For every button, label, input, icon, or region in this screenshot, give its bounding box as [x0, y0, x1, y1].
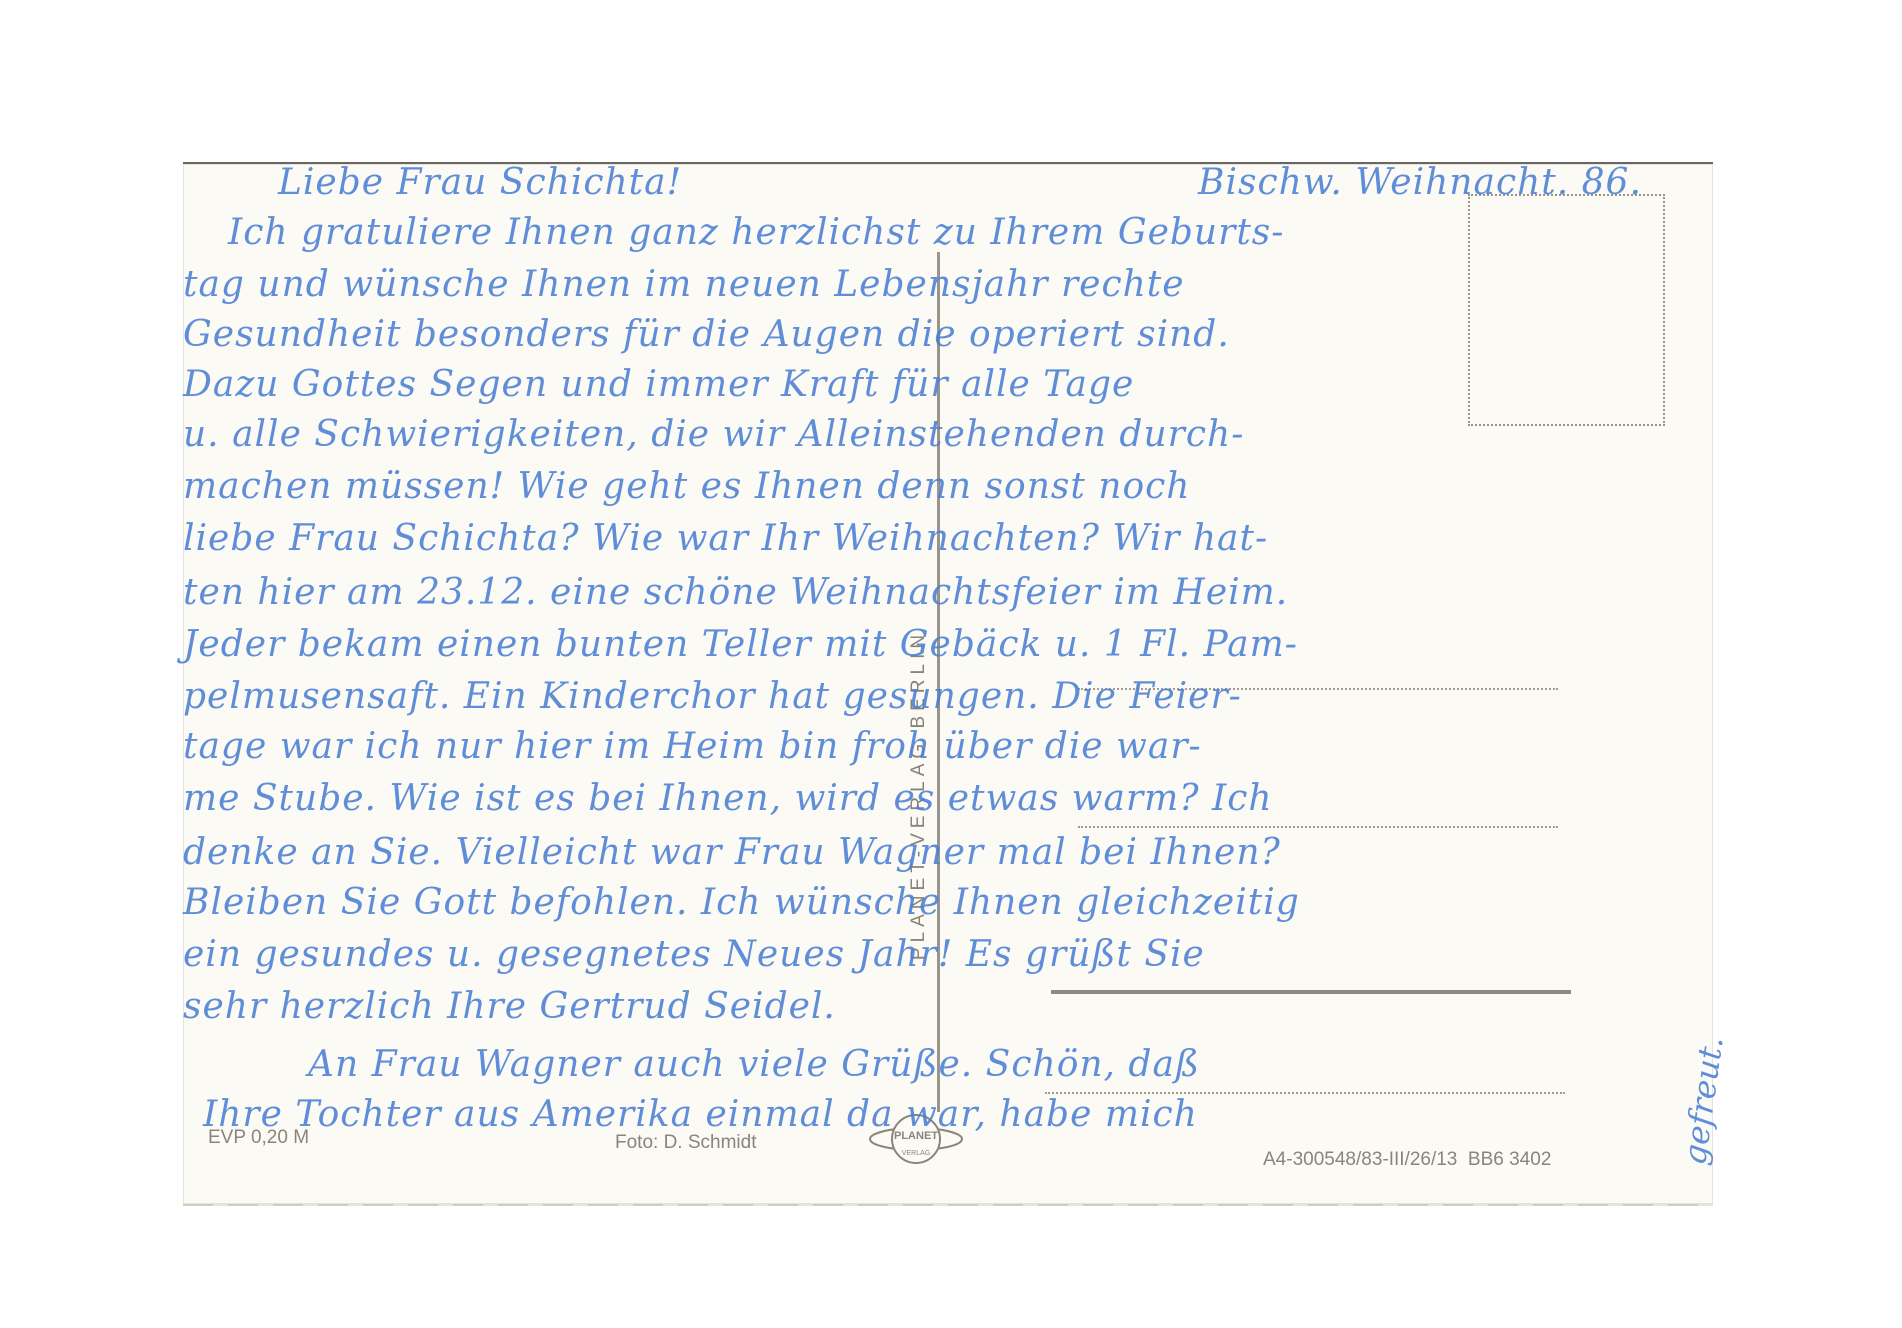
stamp-box [1468, 194, 1665, 426]
handwritten-line: Gesundheit besonders für die Augen die o… [183, 314, 1230, 355]
address-line-2 [1078, 826, 1558, 828]
postcard: PLANET-VERLAG BERLIN EVP 0,20 M Foto: D.… [183, 162, 1713, 1204]
svg-text:PLANET: PLANET [894, 1130, 938, 1142]
handwritten-line: machen müssen! Wie geht es Ihnen denn so… [183, 466, 1190, 507]
catalog-number: A4-300548/83-III/26/13 BB6 3402 [1263, 1149, 1551, 1171]
handwritten-line: denke an Sie. Vielleicht war Frau Wagner… [183, 832, 1281, 873]
margin-note: gefreut. [1675, 1034, 1731, 1167]
handwritten-line: ein gesundes u. gesegnetes Neues Jahr! E… [183, 934, 1205, 975]
publisher-imprint: PLANET-VERLAG BERLIN [908, 585, 930, 1005]
address-line-1 [1078, 688, 1558, 690]
address-line-4 [1045, 1092, 1565, 1094]
handwritten-line: ten hier am 23.12. eine schöne Weihnacht… [183, 572, 1288, 613]
handwritten-line: pelmusensaft. Ein Kinderchor hat gesunge… [183, 676, 1242, 717]
address-line-3 [1051, 990, 1571, 994]
handwritten-line: tage war ich nur hier im Heim bin froh ü… [183, 726, 1202, 767]
handwritten-line: u. alle Schwierigkeiten, die wir Alleins… [183, 414, 1244, 455]
handwritten-line: liebe Frau Schichta? Wie war Ihr Weihnac… [183, 518, 1268, 559]
handwritten-line: An Frau Wagner auch viele Grüße. Schön, … [308, 1044, 1200, 1085]
center-divider [937, 252, 940, 1112]
svg-text:VERLAG: VERLAG [902, 1150, 930, 1157]
photo-credit: Foto: D. Schmidt [615, 1132, 757, 1154]
price-label: EVP 0,20 M [208, 1127, 309, 1149]
handwritten-line: sehr herzlich Ihre Gertrud Seidel. [183, 986, 836, 1027]
planet-verlag-logo-icon: PLANET VERLAG [866, 1109, 966, 1169]
handwritten-line: Jeder bekam einen bunten Teller mit Gebä… [183, 624, 1298, 665]
handwritten-line: me Stube. Wie ist es bei Ihnen, wird es … [183, 778, 1273, 819]
handwritten-line: Ich gratuliere Ihnen ganz herzlichst zu … [228, 212, 1284, 253]
handwritten-line: tag und wünsche Ihnen im neuen Lebensjah… [183, 264, 1185, 305]
handwritten-line: Bleiben Sie Gott befohlen. Ich wünsche I… [183, 882, 1300, 923]
salutation: Liebe Frau Schichta! [278, 162, 682, 203]
handwritten-line: Ihre Tochter aus Amerika einmal da war, … [203, 1094, 1198, 1135]
handwritten-line: Dazu Gottes Segen und immer Kraft für al… [183, 364, 1134, 405]
